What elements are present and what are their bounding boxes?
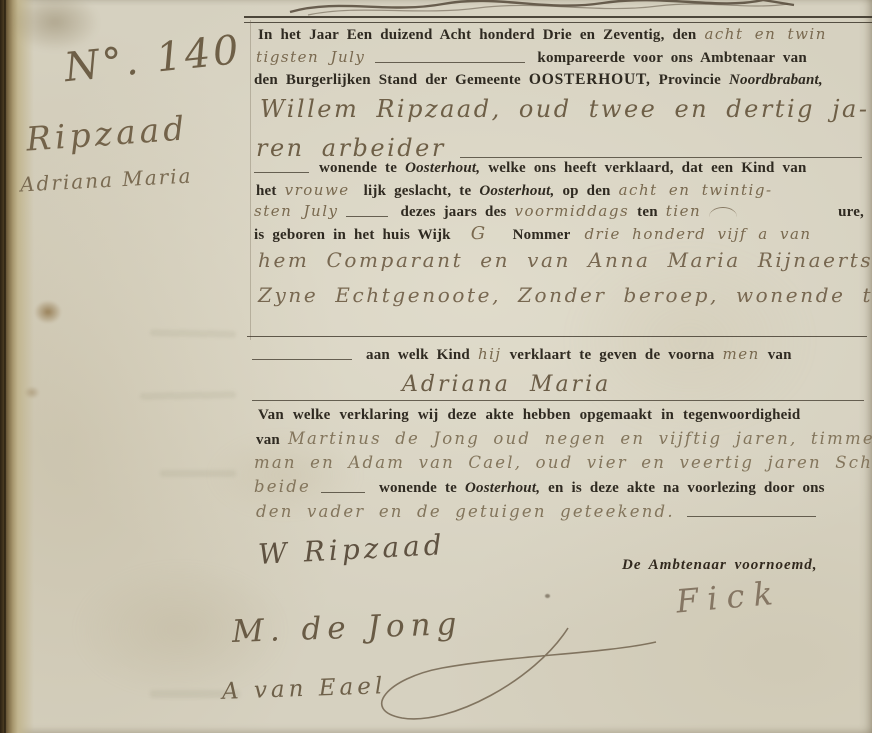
handwritten-signing-note: den vader en de getuigen geteekend. — [256, 502, 675, 521]
act-line-witness-residence: beide wonende te Oosterhout, en is deze … — [254, 477, 864, 497]
printed-text: het — [256, 183, 277, 200]
act-line-month: tigsten July kompareerde voor ons Ambten… — [256, 48, 864, 67]
printed-text: Nommer — [513, 227, 571, 244]
signature-witness-1: M. de Jong — [231, 606, 463, 650]
blank-rule — [346, 216, 388, 217]
act-line-mother-2: Zyne Echtgenoote, Zonder beroep, wonende… — [258, 283, 864, 307]
act-line-gender: het vrouwe lijk geslacht, te Oosterhout,… — [256, 181, 864, 200]
blank-rule — [321, 492, 365, 493]
printed-text: dezes jaars des — [400, 204, 506, 221]
act-line-birth-time: sten July dezes jaars des voormiddags te… — [254, 202, 864, 221]
printed-text: aan welk Kind — [366, 347, 470, 364]
handwritten-child-name: Adriana Maria — [402, 372, 611, 397]
handwritten-date-month: tigsten July — [256, 48, 365, 66]
handwritten-birth-day: acht en twintig- — [619, 181, 773, 199]
town-name: Oosterhout, — [405, 160, 480, 177]
birth-record-page: N°. 140 Ripzaad Adriana Maria In het Jaa… — [0, 0, 872, 733]
act-line-signed-statement: den vader en de getuigen geteekend. — [256, 502, 816, 521]
printed-text: ten — [637, 204, 658, 221]
ink-speck — [545, 594, 550, 598]
town-name: Oosterhout, — [465, 480, 540, 497]
margin-child-names: Adriana Maria — [19, 164, 193, 197]
act-line-declarant: Willem Ripzaad, oud twee en dertig ja- — [260, 95, 864, 123]
signature-official: Fick — [675, 573, 784, 620]
printed-text: welke ons heeft verklaard, dat een Kind … — [488, 160, 806, 177]
act-line-naming: aan welk Kind hij verklaart te geven de … — [252, 345, 864, 364]
handwritten-wijk-letter: G — [471, 223, 487, 244]
printed-text: van — [256, 432, 280, 449]
blank-rule — [252, 359, 352, 360]
act-line-declarant-2: ren arbeider — [256, 134, 862, 162]
printed-text: In het Jaar Een duizend Acht honderd Dri… — [258, 27, 696, 44]
act-line-child-name: Adriana Maria — [252, 372, 864, 401]
printed-text: kompareerde voor ons Ambtenaar van — [537, 50, 806, 67]
act-line-witness-2: man en Adam van Cael, oud vier en veerti… — [254, 453, 864, 472]
printed-text: wonende te — [379, 480, 457, 497]
act-line-house: is geboren in het huis Wijk G Nommer dri… — [254, 223, 864, 244]
signature-witness-2: A van Eael — [222, 673, 387, 705]
blank-rule — [460, 157, 862, 158]
act-line-residence: wonende te Oosterhout, welke ons heeft v… — [254, 160, 864, 177]
act-line-mother: hem Comparant en van Anna Maria Rijnaert… — [258, 248, 864, 272]
handwritten-occupation: ren arbeider — [256, 134, 446, 162]
act-line-closing: Van welke verklaring wij deze akte hebbe… — [258, 407, 864, 424]
binding-crease — [4, 0, 6, 733]
signature-father: W Ripzaad — [257, 528, 446, 571]
handwritten-declarant: Willem Ripzaad, oud twee en dertig ja- — [260, 95, 869, 123]
act-line-witness-1: van Martinus de Jong oud negen en vijfti… — [256, 429, 864, 449]
blank-rule — [375, 62, 525, 63]
blank-rule — [687, 516, 816, 517]
printed-text: Provincie — [659, 72, 721, 89]
top-flourish-handwriting — [288, 0, 798, 16]
printed-text: verklaart te geven de voorna — [510, 347, 715, 364]
printed-text: op den — [562, 183, 610, 200]
handwritten-date-day: acht en twin — [704, 25, 826, 43]
printed-text: Van welke verklaring wij deze akte hebbe… — [258, 407, 800, 424]
handwritten-witness-2: man en Adam van Cael, oud vier en veerti… — [254, 453, 872, 472]
handwritten-mother: hem Comparant en van Anna Maria Rijnaert… — [258, 248, 872, 272]
act-line-year: In het Jaar Een duizend Acht honderd Dri… — [258, 25, 864, 44]
handwritten-text: beide — [254, 477, 311, 496]
margin-surname: Ripzaad — [25, 108, 190, 158]
printed-text: van — [768, 347, 792, 364]
printed-text: den Burgerlijken Stand der Gemeente — [254, 72, 521, 89]
form-left-rule — [250, 20, 251, 340]
ink-bleed-through — [150, 329, 236, 337]
ink-bleed-through — [140, 391, 236, 400]
form-top-double-rule — [244, 16, 872, 23]
ink-bleed-through — [160, 470, 236, 477]
town-name: Oosterhout, — [479, 183, 554, 200]
handwritten-gender: vrouwe — [285, 181, 350, 199]
margin-act-number: N°. 140 — [62, 27, 244, 91]
official-title-label: De Ambtenaar voornoemd, — [622, 557, 818, 574]
handwritten-hour: tien — [666, 202, 701, 220]
printed-text: lijk geslacht, te — [364, 183, 472, 200]
ink-flourish — [709, 207, 737, 217]
act-line-municipality: den Burgerlijken Stand der Gemeente OOST… — [254, 71, 864, 89]
handwritten-pronoun: hij — [478, 345, 502, 363]
handwritten-daypart: voormiddags — [514, 202, 629, 220]
blank-rule — [254, 172, 309, 173]
handwritten-mother-details: Zyne Echtgenoote, Zonder beroep, wonende… — [258, 283, 872, 307]
printed-text: is geboren in het huis Wijk — [254, 227, 451, 244]
province-name: Noordbrabant, — [729, 72, 823, 89]
handwritten-birth-month: sten July — [254, 202, 338, 220]
handwritten-suffix: men — [722, 345, 759, 363]
section-divider-rule — [247, 336, 867, 337]
ink-stain — [34, 300, 62, 324]
handwritten-witness-1: Martinus de Jong oud negen en vijftig ja… — [288, 429, 872, 448]
handwritten-house-number: drie honderd vijf a van — [584, 225, 811, 243]
printed-text: wonende te — [319, 160, 397, 177]
printed-text: ure, — [741, 204, 864, 221]
municipality-name: OOSTERHOUT, — [529, 71, 651, 89]
printed-text: en is deze akte na voorlezing door ons — [548, 480, 825, 497]
